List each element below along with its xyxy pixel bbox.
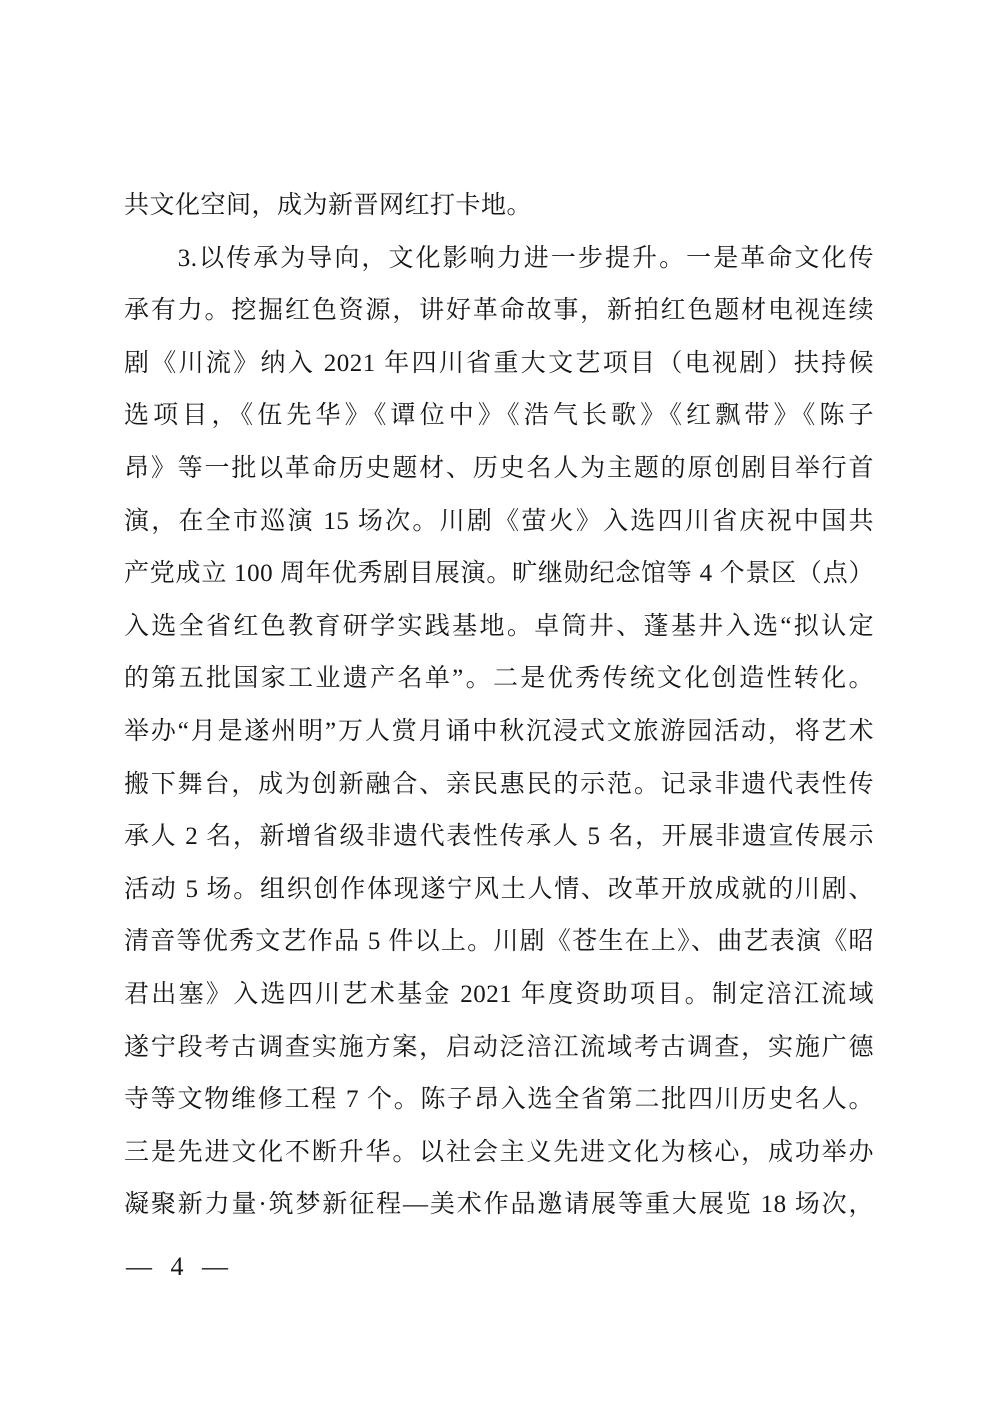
text-line: 3.以传承为导向，文化影响力进一步提升。一是革命文化传: [124, 233, 874, 286]
text-line: 三是先进文化不断升华。以社会主义先进文化为核心，成功举办: [124, 1127, 874, 1180]
text-line: 搬下舞台，成为创新融合、亲民惠民的示范。记录非遗代表性传: [124, 759, 874, 812]
text-line: 共文化空间，成为新晋网红打卡地。: [124, 180, 874, 233]
text-line: 产党成立 100 周年优秀剧目展演。旷继勋纪念馆等 4 个景区（点）: [124, 548, 874, 601]
text-line: 入选全省红色教育研学实践基地。卓筒井、蓬基井入选“拟认定: [124, 601, 874, 654]
text-line: 君出塞》入选四川艺术基金 2021 年度资助项目。制定涪江流域: [124, 969, 874, 1022]
text-line: 举办“月是遂州明”万人赏月诵中秋沉浸式文旅游园活动，将艺术: [124, 706, 874, 759]
text-line: 昂》等一批以革命历史题材、历史名人为主题的原创剧目举行首: [124, 443, 874, 496]
text-line: 承人 2 名，新增省级非遗代表性传承人 5 名，开展非遗宣传展示: [124, 811, 874, 864]
text-line: 演，在全市巡演 15 场次。川剧《萤火》入选四川省庆祝中国共: [124, 496, 874, 549]
text-line: 活动 5 场。组织创作体现遂宁风土人情、改革开放成就的川剧、: [124, 864, 874, 917]
text-line: 选项目，《伍先华》《谭位中》《浩气长歌》《红飘带》《陈子: [124, 390, 874, 443]
text-line: 凝聚新力量·筑梦新征程—美术作品邀请展等重大展览 18 场次，: [124, 1179, 874, 1232]
page-number: — 4 —: [126, 1252, 234, 1282]
text-line: 寺等文物维修工程 7 个。陈子昂入选全省第二批四川历史名人。: [124, 1074, 874, 1127]
text-line: 承有力。挖掘红色资源，讲好革命故事，新拍红色题材电视连续: [124, 285, 874, 338]
text-line: 的第五批国家工业遗产名单”。二是优秀传统文化创造性转化。: [124, 653, 874, 706]
text-line: 剧《川流》纳入 2021 年四川省重大文艺项目（电视剧）扶持候: [124, 338, 874, 391]
text-line: 清音等优秀文艺作品 5 件以上。川剧《苍生在上》、曲艺表演《昭: [124, 916, 874, 969]
text-line: 遂宁段考古调查实施方案，启动泛涪江流域考古调查，实施广德: [124, 1022, 874, 1075]
body-text-block: 共文化空间，成为新晋网红打卡地。3.以传承为导向，文化影响力进一步提升。一是革命…: [124, 180, 874, 1232]
document-page: 共文化空间，成为新晋网红打卡地。3.以传承为导向，文化影响力进一步提升。一是革命…: [0, 0, 992, 1403]
